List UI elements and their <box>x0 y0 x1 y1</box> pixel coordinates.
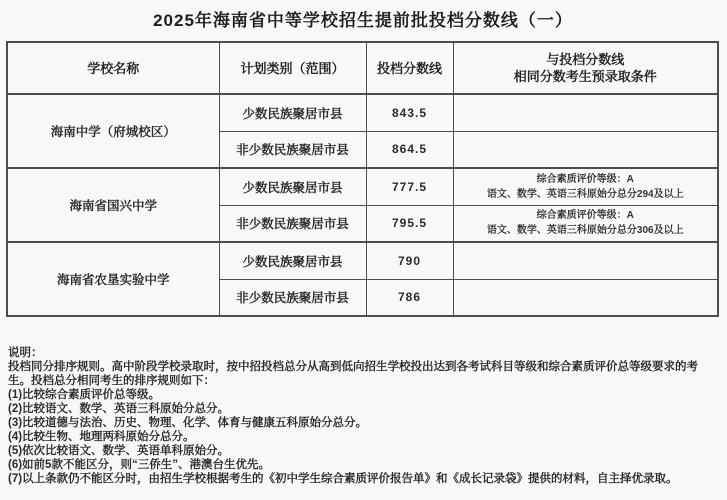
school-name-cell: 海南省农垦实验中学 <box>7 242 219 316</box>
score-cell: 786 <box>366 279 453 316</box>
table-row: 海南省农垦实验中学 少数民族聚居市县 790 <box>7 242 718 279</box>
school-name-cell: 海南省国兴中学 <box>7 168 219 242</box>
note-item-6: (6)如前5款不能区分，则“三侨生”、港澳台生优先。 <box>8 458 719 472</box>
condition-cell: 综合素质评价等级：A 语文、数学、英语三科原始分总分306及以上 <box>453 205 718 242</box>
plan-category-cell: 少数民族聚居市县 <box>219 242 366 279</box>
score-cell: 795.5 <box>366 205 453 242</box>
notes-section: 说明： 投档同分排序规则。高中阶段学校录取时，按中招投档总分从高到低向招生学校投… <box>6 346 719 486</box>
notes-intro: 投档同分排序规则。高中阶段学校录取时，按中招投档总分从高到低向招生学校投出达到各… <box>8 360 719 388</box>
notes-label: 说明： <box>8 346 719 360</box>
page-title: 2025年海南省中等学校招生提前批投档分数线（一） <box>6 10 720 32</box>
note-item-5: (5)依次比较语文、数学、英语单科原始分。 <box>8 444 719 458</box>
plan-category-cell: 少数民族聚居市县 <box>219 94 366 131</box>
admission-score-table: 学校名称 计划类别（范围） 投档分数线 与投档分数线 相同分数考生预录取条件 海… <box>6 41 719 317</box>
table-row: 海南省国兴中学 少数民族聚居市县 777.5 综合素质评价等级：A 语文、数学、… <box>7 168 718 205</box>
plan-category-cell: 少数民族聚居市县 <box>219 168 366 205</box>
header-school-name: 学校名称 <box>7 42 219 94</box>
header-score-line: 投档分数线 <box>366 42 453 94</box>
score-cell: 864.5 <box>366 131 453 168</box>
note-item-4: (4)比较生物、地理两科原始分总分。 <box>8 430 719 444</box>
condition-cell <box>453 94 718 131</box>
note-item-7: (7)以上条款仍不能区分时，由招生学校根据考生的《初中学生综合素质评价报告单》和… <box>8 472 719 486</box>
condition-cell <box>453 279 718 316</box>
condition-cell <box>453 242 718 279</box>
note-item-3: (3)比较道德与法治、历史、物理、化学、体育与健康五科原始分总分。 <box>8 416 719 430</box>
header-plan-category: 计划类别（范围） <box>219 42 366 94</box>
header-tie-break-condition: 与投档分数线 相同分数考生预录取条件 <box>453 42 718 94</box>
document-page: 2025年海南省中等学校招生提前批投档分数线（一） 学校名称 计划类别（范围） … <box>0 0 727 486</box>
condition-cell <box>453 131 718 168</box>
plan-category-cell: 非少数民族聚居市县 <box>219 131 366 168</box>
note-item-2: (2)比较语文、数学、英语三科原始分总分。 <box>8 402 719 416</box>
plan-category-cell: 非少数民族聚居市县 <box>219 205 366 242</box>
plan-category-cell: 非少数民族聚居市县 <box>219 279 366 316</box>
condition-cell: 综合素质评价等级：A 语文、数学、英语三科原始分总分294及以上 <box>453 168 718 205</box>
note-item-1: (1)比较综合素质评价总等级。 <box>8 388 719 402</box>
score-cell: 790 <box>366 242 453 279</box>
school-name-cell: 海南中学（府城校区） <box>7 94 219 168</box>
score-cell: 843.5 <box>366 94 453 131</box>
table-row: 海南中学（府城校区） 少数民族聚居市县 843.5 <box>7 94 718 131</box>
table-header-row: 学校名称 计划类别（范围） 投档分数线 与投档分数线 相同分数考生预录取条件 <box>7 42 718 94</box>
score-cell: 777.5 <box>366 168 453 205</box>
